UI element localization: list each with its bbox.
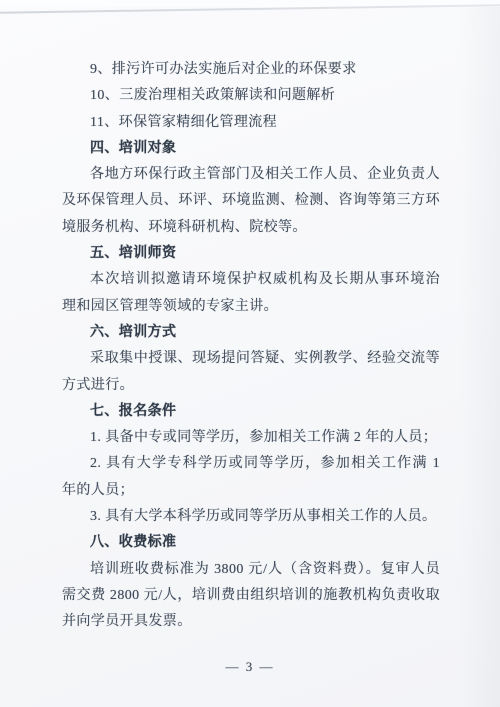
document-body: 9、排污许可办法实施后对企业的环保要求10、三废治理相关政策解读和问题解析11、… [62, 57, 440, 636]
text-line: 10、三废治理相关政策解读和问题解析 [62, 83, 440, 109]
text-line: 理和园区管理等领域的专家主讲。 [62, 294, 440, 320]
text-line: 需交费 2800 元/人，培训费由组织培训的施教机构负责收取 [62, 583, 440, 609]
section-heading: 五、培训师资 [62, 241, 440, 267]
text-line: 并向学员开具发票。 [62, 609, 440, 635]
text-line: 境服务机构、环境科研机构、院校等。 [62, 215, 440, 241]
text-line: 1. 具备中专或同等学历，参加相关工作满 2 年的人员； [62, 425, 440, 451]
text-line: 9、排污许可办法实施后对企业的环保要求 [62, 57, 440, 83]
text-line: 及环保管理人员、环评、环境监测、检测、咨询等第三方环 [62, 188, 440, 214]
text-line: 方式进行。 [62, 373, 440, 399]
text-line: 2. 具有大学专科学历或同等学历，参加相关工作满 1 [62, 451, 440, 477]
document-page: 9、排污许可办法实施后对企业的环保要求10、三废治理相关政策解读和问题解析11、… [0, 0, 500, 707]
text-line: 11、环保管家精细化管理流程 [62, 110, 440, 136]
page-number: — 3 — [0, 659, 500, 675]
text-line: 年的人员； [62, 478, 440, 504]
section-heading: 四、培训对象 [62, 136, 440, 162]
section-heading: 八、收费标准 [62, 530, 440, 556]
text-line: 本次培训拟邀请环境保护权威机构及长期从事环境治 [62, 267, 440, 293]
text-line: 各地方环保行政主管部门及相关工作人员、企业负责人 [62, 162, 440, 188]
text-line: 3. 具有大学本科学历或同等学历从事相关工作的人员。 [62, 504, 440, 530]
text-line: 培训班收费标准为 3800 元/人（含资料费）。复审人员 [62, 557, 440, 583]
text-line: 采取集中授课、现场提问答疑、实例教学、经验交流等 [62, 346, 440, 372]
section-heading: 七、报名条件 [62, 399, 440, 425]
section-heading: 六、培训方式 [62, 320, 440, 346]
